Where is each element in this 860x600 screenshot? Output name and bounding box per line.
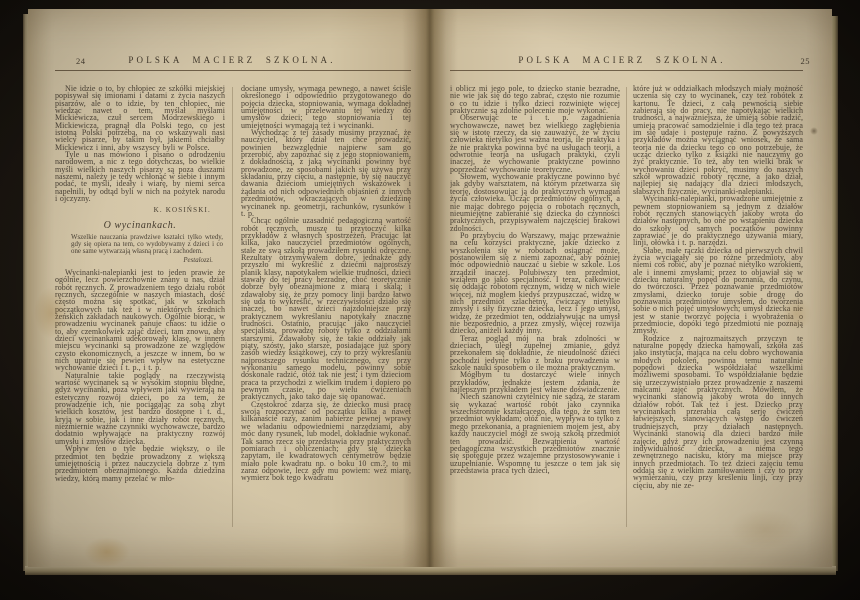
paragraph: Słabe, małe rączki dziecka od pierwszych… [633, 247, 803, 335]
paragraph: Rodzice z najrozmaitszych przyczyn te na… [633, 335, 803, 489]
header-rule-left [55, 70, 411, 71]
page-stack-edge-bottom [25, 566, 836, 575]
epigraph-attribution: Pestalozzi. [71, 257, 213, 264]
paragraph: i oblicz mi jego pole, to dziecko stanie… [450, 85, 620, 114]
paragraph: Częstokroć zdarza się, że dziecko musi p… [241, 401, 411, 482]
paragraph: Tyle u nas mówiono i pisano o odrodzeniu… [55, 151, 225, 202]
left-page-column-1: Nie idzie o to, by chłopiec ze szkółki m… [55, 85, 225, 531]
right-page-column-2: które już w oddziałkach młodszych miały … [633, 85, 803, 531]
running-title-left: POLSKA MACIERZ SZKOLNA. [28, 55, 422, 65]
foxing-stain [84, 537, 130, 567]
paragraph: Wycinanki-nalepianki jest to jeden prawi… [55, 269, 225, 372]
column-divider [232, 87, 233, 527]
paragraph: Naturalnie takie poglądy na rzeczywistą … [55, 372, 225, 445]
paragraph: które już w oddziałkach młodszych miały … [633, 85, 803, 195]
article-heading: O wycinankach. [55, 222, 225, 229]
paragraph: Słowem, wychowanie praktyczne powinno by… [450, 173, 620, 232]
epigraph: Wszelkie nauczania prawdziwe kształci ty… [71, 235, 223, 264]
paragraph: dociane umysły, wymaga pewnego, a nawet … [241, 85, 411, 129]
epigraph-text: Wszelkie nauczania prawdziwe kształci ty… [71, 235, 223, 255]
page-number-right: 25 [801, 56, 811, 66]
paragraph: Niech szanowni czytelnicy nie sądzą, że … [450, 393, 620, 474]
right-page: POLSKA MACIERZ SZKOLNA. 25 i oblicz mi j… [430, 9, 832, 567]
paragraph: Wychodząc z tej zasady musimy przyznać, … [241, 129, 411, 217]
paragraph: Wpływ ten o tyle będzie większy, o ile p… [55, 445, 225, 482]
paragraph: Teraz pogląd mój na brak zdolności w dzi… [450, 335, 620, 372]
book-spread: 24 POLSKA MACIERZ SZKOLNA. Nie idzie o t… [28, 9, 832, 567]
paragraph: Mógłbym tu dostarczyć wiele innych przyk… [450, 371, 620, 393]
right-page-column-1: i oblicz mi jego pole, to dziecko stanie… [450, 85, 620, 531]
paragraph: Chcąc ogólnie uzasadnić pedagogiczną war… [241, 217, 411, 401]
paragraph: Wycinanki-nalepianki, prowadzone umiejęt… [633, 195, 803, 246]
paragraph: Nie idzie o to, by chłopiec ze szkółki m… [55, 85, 225, 151]
foxing-stain [810, 127, 818, 135]
page-stack-edge-right [831, 16, 838, 571]
column-divider [626, 87, 627, 527]
paragraph: Obserwując te i t. p. zagadnienia wychow… [450, 114, 620, 173]
running-title-right: POLSKA MACIERZ SZKOLNA. [430, 55, 808, 65]
left-page: 24 POLSKA MACIERZ SZKOLNA. Nie idzie o t… [28, 9, 430, 567]
header-rule-right [450, 70, 803, 71]
article-signature: K. KOSIŃSKI. [55, 207, 211, 214]
paragraph: Po przybyciu do Warszawy, mając przeważn… [450, 232, 620, 335]
left-page-column-2: dociane umysły, wymaga pewnego, a nawet … [241, 85, 411, 531]
